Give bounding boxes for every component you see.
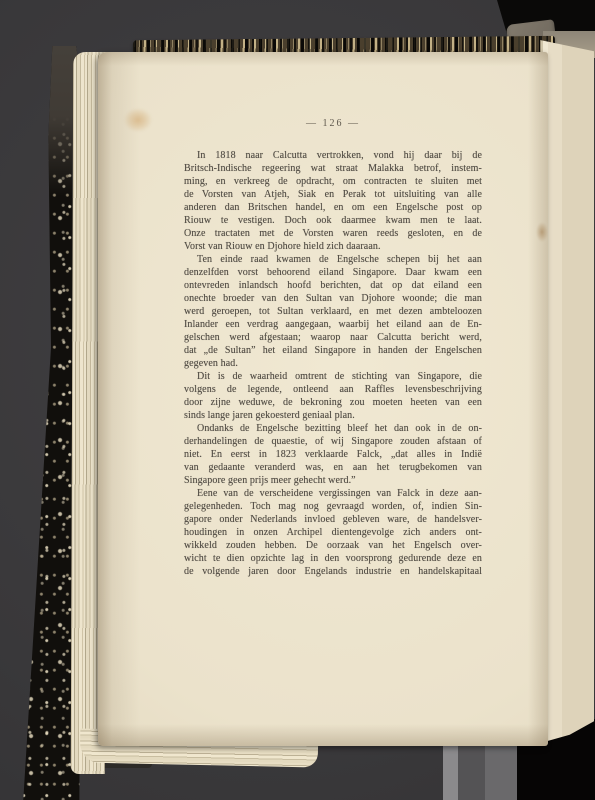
- text-line: sinds lange jaren gekoesterd geniaal pla…: [184, 409, 482, 422]
- book-page: — 126 — In 1818 naar Calcutta vertrokken…: [98, 52, 548, 746]
- paper-stain: [124, 108, 152, 132]
- text-line: door zijne weduwe, de bekroning zou moet…: [184, 396, 482, 409]
- scan-background: — 126 — In 1818 naar Calcutta vertrokken…: [0, 0, 595, 800]
- text-line: wikkeld zouden hebben. De oorzaak van he…: [184, 539, 482, 552]
- page-number: — 126 —: [184, 118, 482, 129]
- text-line: gelegenheden. Toch mag nog gevraagd word…: [184, 500, 482, 513]
- text-line: de Vorsten van Atjeh, Siak en Perak tot …: [184, 188, 482, 201]
- text-line: Vorst van Riouw en Djohore hield zich da…: [184, 240, 482, 253]
- text-line: anderen dan Britschen handel, en om een …: [184, 201, 482, 214]
- text-line: de volgende jaren door Engelands industr…: [184, 565, 482, 578]
- text-line: ming, en verkreeg de opdracht, om contra…: [184, 175, 482, 188]
- text-line: volgens de legende, ontleend aan Raffles…: [184, 383, 482, 396]
- text-line: dat „de Sultan” het eiland Singapore in …: [184, 344, 482, 357]
- text-line: ontevreden inlandsch hoofd berichten, da…: [184, 279, 482, 292]
- book-cradle-pillar: [443, 740, 517, 800]
- text-line: In 1818 naar Calcutta vertrokken, vond h…: [184, 149, 482, 162]
- text-line: niet. En eerst in 1823 verklaarde Falck,…: [184, 448, 482, 461]
- paper-stain-small: [536, 222, 548, 242]
- text-line: Singapore geen prijs meer gehecht werd.”: [184, 474, 482, 487]
- adjacent-page-fold: [540, 40, 594, 746]
- text-line: houdingen in onzen Archipel dientengevol…: [184, 526, 482, 539]
- text-line: gelschen werd afgestaan; waarop naar Cal…: [184, 331, 482, 344]
- text-line: wicht te dien opzichte lag in den voorsp…: [184, 552, 482, 565]
- text-line: Eene van de verscheidene vergissingen va…: [184, 487, 482, 500]
- text-line: Ondanks de Engelsche bezitting bleef het…: [184, 422, 482, 435]
- text-line: gapore onder Nederlands invloed gebleven…: [184, 513, 482, 526]
- text-line: onechte broeder van den Sultan van Djoho…: [184, 292, 482, 305]
- text-line: Riouw te vestigen. Doch ook daarmee kwam…: [184, 214, 482, 227]
- text-line: Inlander een verdrag aangegaan, waarbij …: [184, 318, 482, 331]
- text-line: gegeven had.: [184, 357, 482, 370]
- text-line: Britsch-Indische regeering wat straat Ma…: [184, 162, 482, 175]
- text-line: derhandelingen de quaestie, of wij Singa…: [184, 435, 482, 448]
- text-block: In 1818 naar Calcutta vertrokken, vond h…: [184, 149, 482, 578]
- text-line: Onze tractaten met de Vorsten waren reed…: [184, 227, 482, 240]
- text-line: Ten einde raad kwamen de Engelsche schep…: [184, 253, 482, 266]
- text-line: Dit is de waarheid omtrent de stichting …: [184, 370, 482, 383]
- text-line: werd geroepen, tot Sultan verklaard, en …: [184, 305, 482, 318]
- text-line: denzelfden vorst behoorend eiland Singap…: [184, 266, 482, 279]
- text-line: van gedaante veranderd was, en aan het t…: [184, 461, 482, 474]
